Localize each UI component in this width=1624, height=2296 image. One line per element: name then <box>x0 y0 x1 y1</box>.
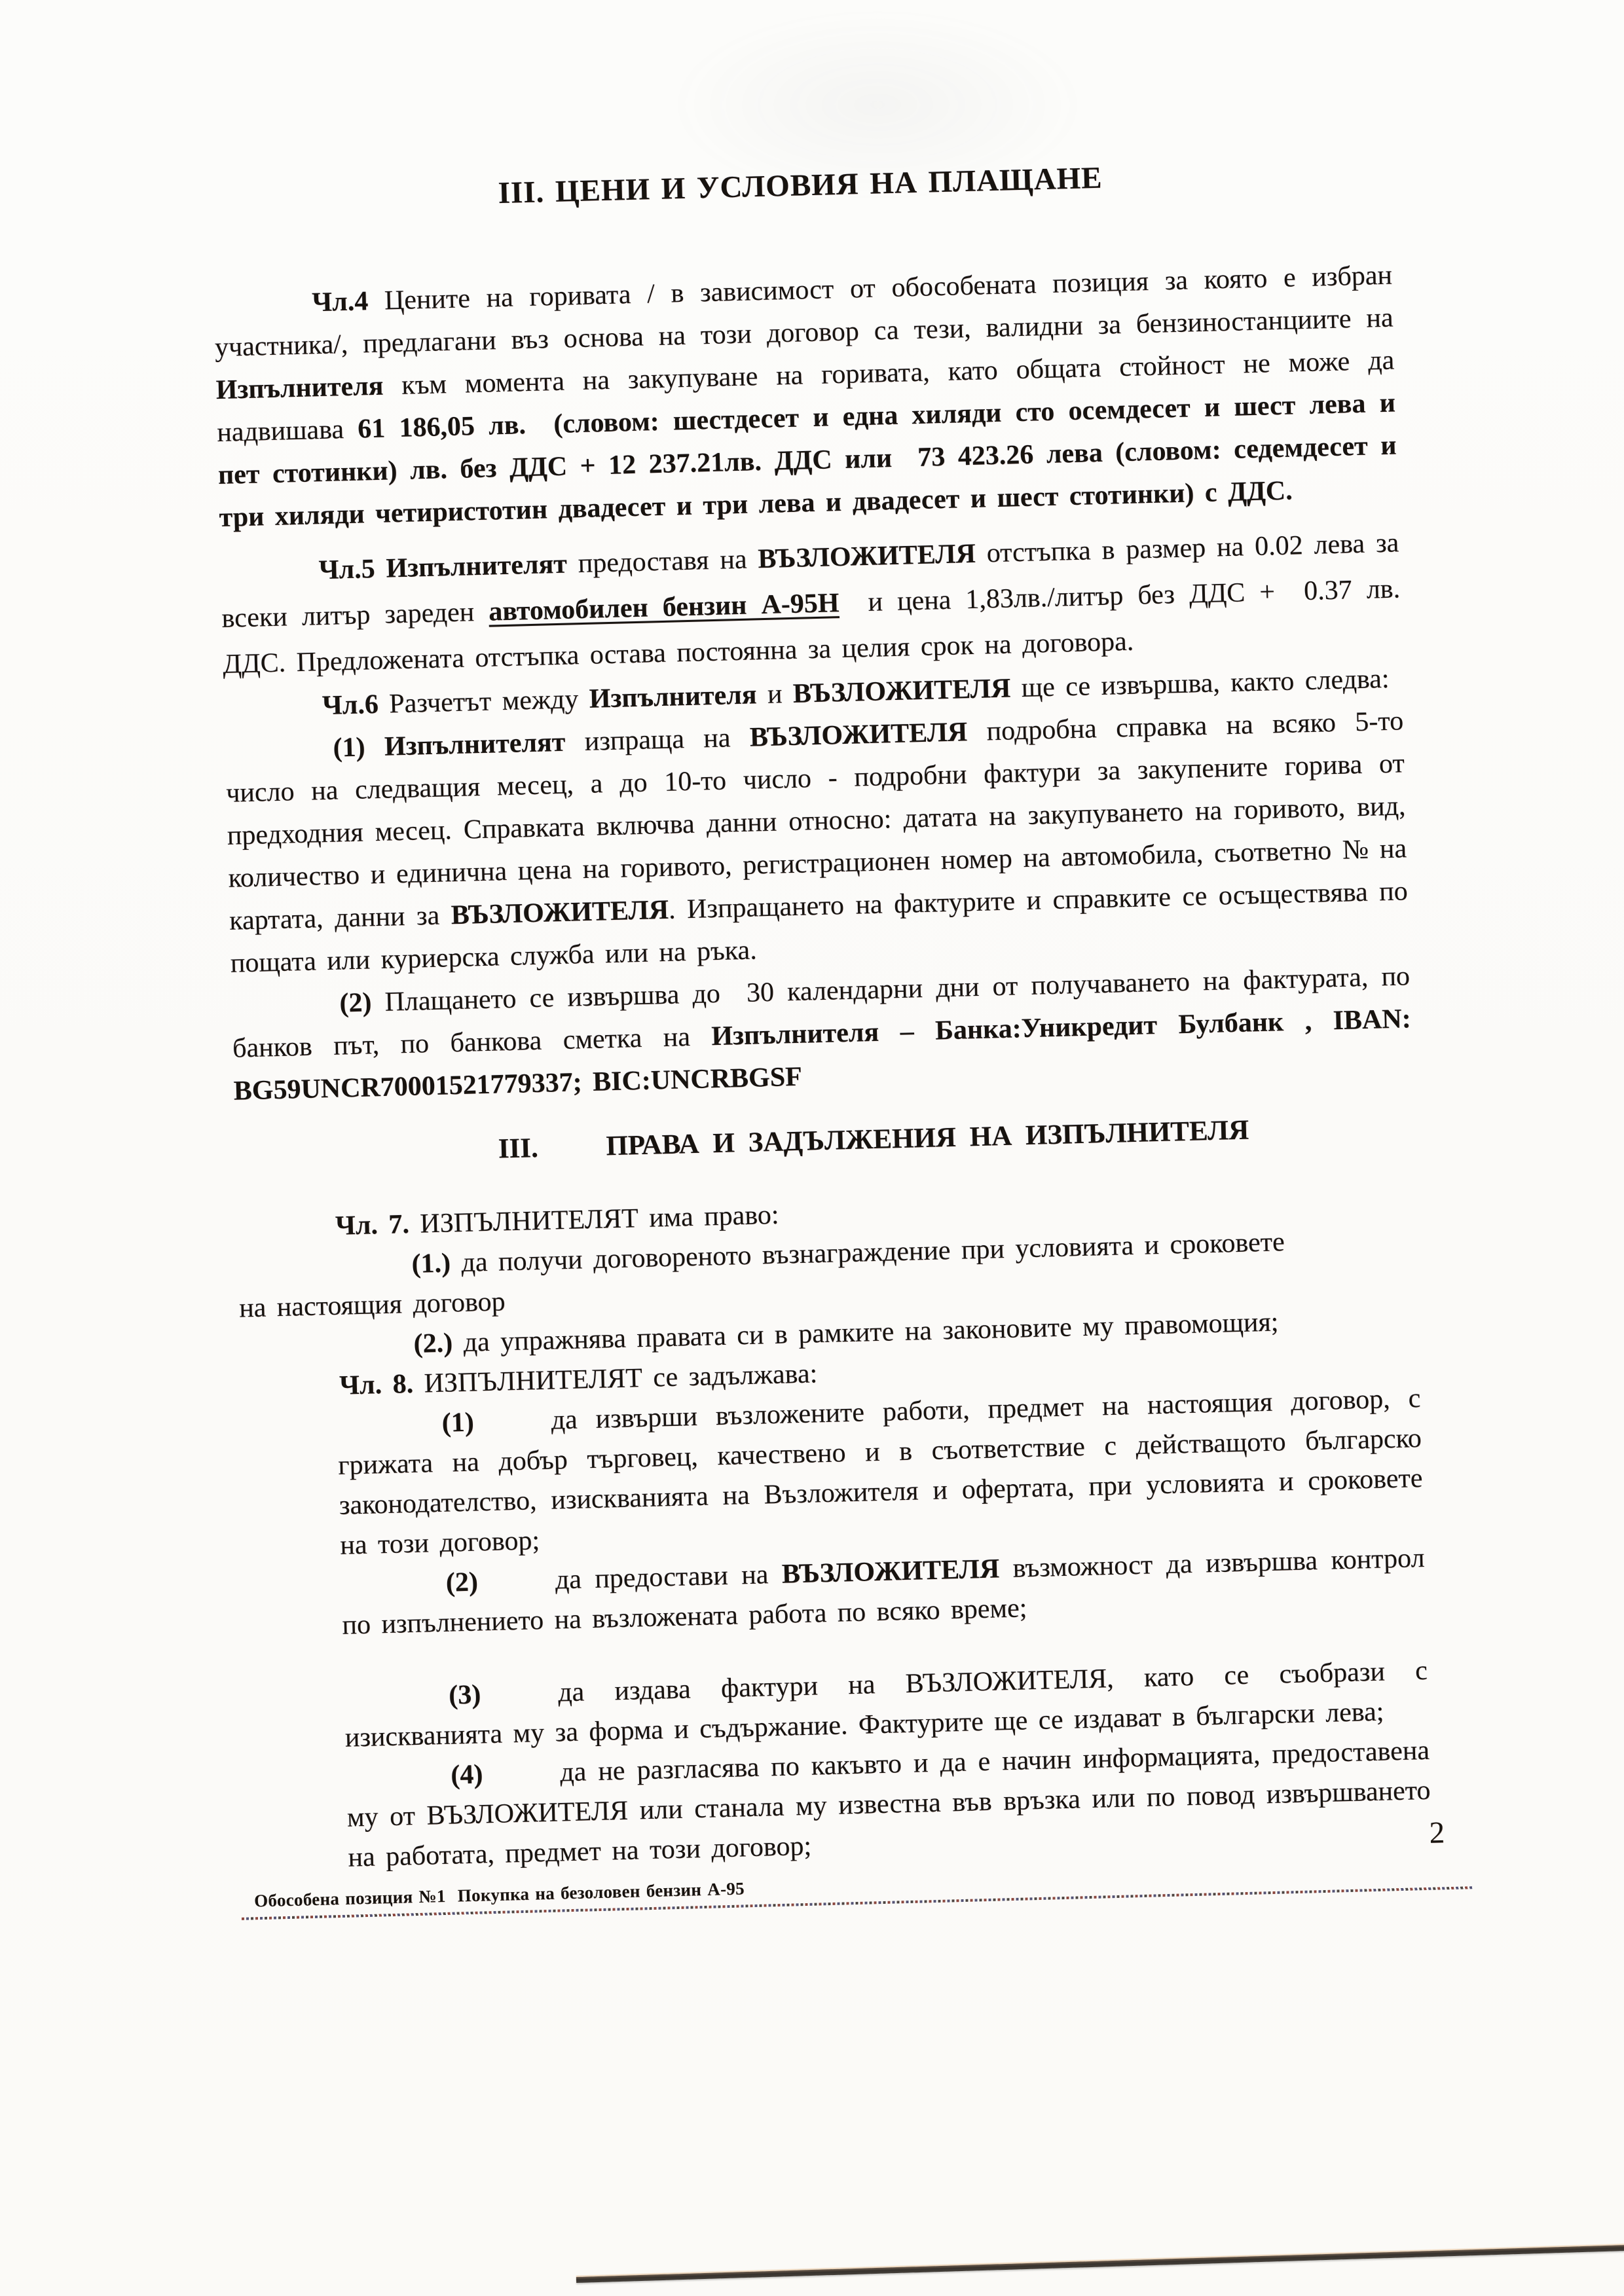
text-run: да не разгласява по какъвто и да е начин… <box>346 1736 1431 1873</box>
text-run: ВЪЗЛОЖИТЕЛЯ <box>781 1554 1000 1589</box>
rights-section-heading: III. ПРАВА И ЗАДЪЛЖЕНИЯ НА ИЗПЪЛНИТЕЛЯ <box>333 1109 1414 1171</box>
page-number: 2 <box>1429 1815 1445 1851</box>
text-run: Чл. 7. <box>335 1209 410 1241</box>
text-run: да предостави на <box>555 1559 782 1595</box>
text-run: предоставя на <box>566 544 758 579</box>
text-run: (1.) <box>411 1248 451 1279</box>
text-run: Цените на горивата / в зависимост от обо… <box>215 261 1394 363</box>
text-run: Изпълнителя <box>589 680 757 714</box>
text-run: ВЪЗЛОЖИТЕЛЯ <box>749 717 968 752</box>
document-content: III. ЦЕНИ И УСЛОВИЯ НА ПЛАЩАНЕЧл.4 Ценит… <box>211 153 1433 1920</box>
text-run: (2) <box>339 987 372 1018</box>
text-run: Чл. 8. <box>339 1369 414 1401</box>
text-run: (4) <box>451 1759 483 1790</box>
text-run: ВЪЗЛОЖИТЕЛЯ <box>758 539 976 574</box>
text-run: III. ПРАВА И ЗАДЪЛЖЕНИЯ НА ИЗПЪЛНИТЕЛЯ <box>498 1115 1249 1165</box>
text-run: (1) Изпълнителят <box>333 727 566 763</box>
tab-spacer <box>483 1781 561 1783</box>
text-run: ВЪЗЛОЖИТЕЛЯ <box>451 895 669 930</box>
text-run: (2.) <box>413 1328 453 1358</box>
clause-4-paragraph: Чл.4 Цените на горивата / в зависимост о… <box>213 255 1398 539</box>
text-run: Чл.5 Изпълнителят <box>318 549 567 586</box>
text-run: ИЗПЪЛНИТЕЛЯТ се задължава: <box>413 1358 818 1399</box>
text-run: на настоящия договор <box>239 1286 506 1323</box>
text-run: ИЗПЪЛНИТЕЛЯТ има право: <box>409 1200 779 1239</box>
tab-spacer <box>474 1429 551 1431</box>
scan-bottom-edge <box>576 2244 1624 2283</box>
text-run: III. ЦЕНИ И УСЛОВИЯ НА ПЛАЩАНЕ <box>498 161 1103 210</box>
scanned-page: III. ЦЕНИ И УСЛОВИЯ НА ПЛАЩАНЕЧл.4 Ценит… <box>0 0 1624 2296</box>
text-run: 61 186,05 лв. (словом: шестдесет и една … <box>217 388 1397 533</box>
document-blocks: III. ЦЕНИ И УСЛОВИЯ НА ПЛАЩАНЕЧл.4 Ценит… <box>211 153 1432 1881</box>
text-run: автомобилен бензин А-95Н <box>489 588 840 627</box>
tab-spacer <box>481 1702 559 1704</box>
text-run: (3) <box>449 1680 481 1711</box>
text-run: ВЪЗЛОЖИТЕЛЯ <box>792 674 1011 709</box>
text-run: Чл.6 <box>322 689 378 721</box>
text-run: Чл.4 <box>312 286 369 318</box>
tab-spacer <box>478 1589 555 1591</box>
text-run: (1) <box>441 1408 474 1438</box>
text-run: да извърши възложените работи, предмет н… <box>338 1383 1423 1561</box>
text-run: Изпълнителя <box>215 371 384 405</box>
text-run: изпраща на <box>565 723 750 757</box>
text-run: (2) <box>445 1567 478 1598</box>
text-run: ще се извършва, както следва: <box>1010 664 1390 704</box>
text-run: и <box>756 679 794 710</box>
clause-6-sub-1: (1) Изпълнителят изпраща на ВЪЗЛОЖИТЕЛЯ … <box>225 700 1409 985</box>
text-run: Разчетът между <box>378 684 589 720</box>
clause-8-item-1: (1)да извърши възложените работи, предме… <box>242 1379 1424 1568</box>
